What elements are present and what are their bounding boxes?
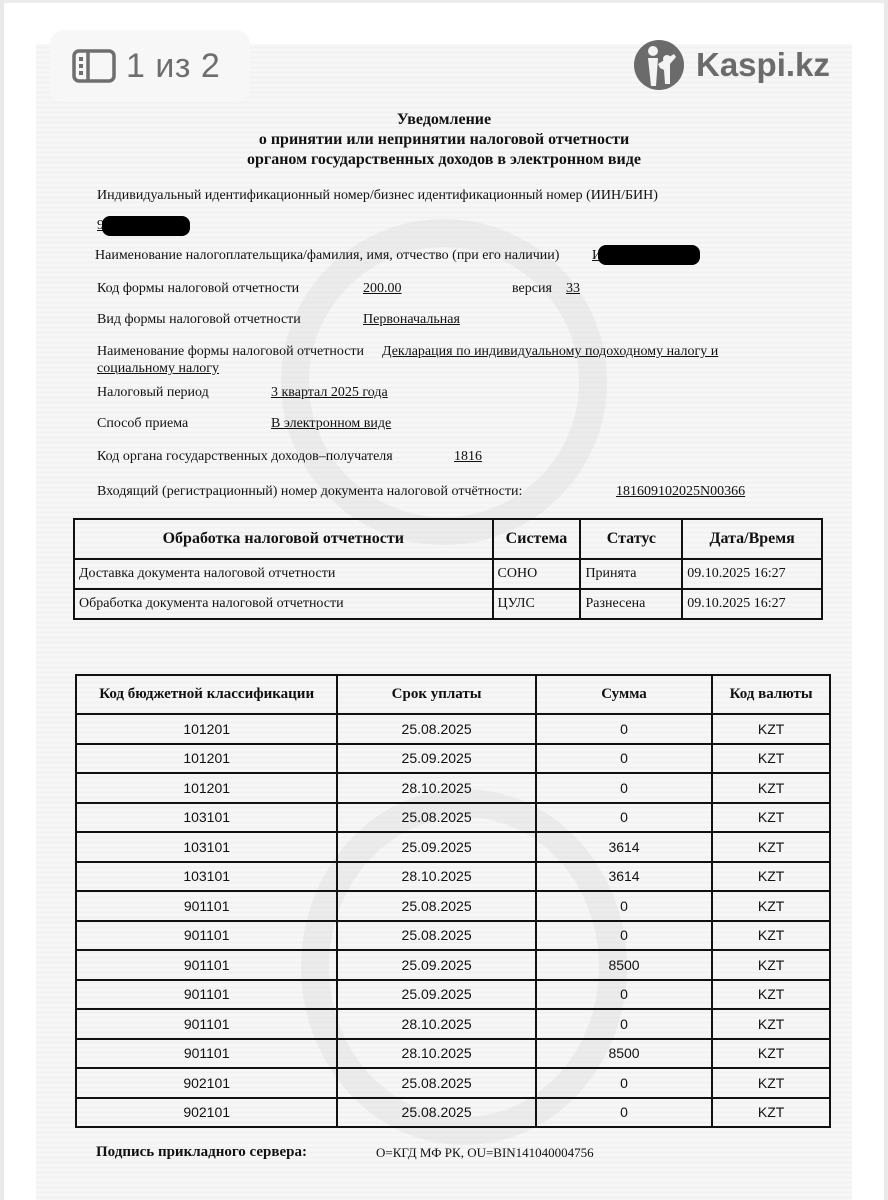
brand: Kaspi.kz	[634, 40, 830, 90]
table-cell: 0	[536, 921, 712, 951]
method-label: Способ приема	[97, 416, 188, 432]
payments-table: Код бюджетной классификации Срок уплаты …	[75, 674, 831, 1128]
table-cell: Доставка документа налоговой отчетности	[74, 559, 493, 589]
column-header: Код валюты	[712, 675, 830, 714]
table-cell: 25.09.2025	[337, 832, 535, 862]
table-cell: 101201	[76, 773, 337, 803]
authority-label: Код органа государственных доходов–получ…	[97, 449, 393, 465]
table-cell: Принята	[580, 559, 682, 589]
table-cell: 25.08.2025	[337, 1068, 535, 1098]
column-header: Сумма	[536, 675, 712, 714]
table-cell: 25.08.2025	[337, 1098, 535, 1128]
table-row: 90110125.08.20250KZT	[76, 921, 830, 951]
table-cell: Разнесена	[580, 589, 682, 619]
table-cell: KZT	[712, 773, 830, 803]
table-cell: KZT	[712, 832, 830, 862]
table-cell: 3614	[536, 862, 712, 892]
table-row: 10310125.09.20253614KZT	[76, 832, 830, 862]
table-cell: 25.08.2025	[337, 803, 535, 833]
table-cell: 28.10.2025	[337, 1039, 535, 1069]
table-cell: KZT	[712, 714, 830, 744]
window-left-edge	[0, 0, 4, 1200]
table-cell: Обработка документа налоговой отчетности	[74, 589, 493, 619]
table-row: 90210125.08.20250KZT	[76, 1068, 830, 1098]
form-name-value-line1: Декларация по индивидуальному подоходном…	[382, 344, 718, 360]
table-cell: 25.08.2025	[337, 921, 535, 951]
authority-value: 1816	[454, 449, 482, 465]
table-cell: 25.08.2025	[337, 891, 535, 921]
table-cell: 09.10.2025 16:27	[682, 559, 822, 589]
title-line: о принятии или непринятии налоговой отче…	[0, 130, 888, 150]
form-name-value-line2: социальному налогу	[97, 361, 219, 377]
table-cell: 101201	[76, 744, 337, 774]
redaction-mark	[102, 216, 190, 236]
signature-label: Подпись прикладного сервера:	[96, 1144, 307, 1161]
table-cell: 103101	[76, 832, 337, 862]
table-cell: 901101	[76, 1039, 337, 1069]
table-cell: 0	[536, 1098, 712, 1128]
table-row: 10120125.08.20250KZT	[76, 714, 830, 744]
table-row: Обработка документа налоговой отчетности…	[74, 589, 822, 619]
reg-number-label: Входящий (регистрационный) номер докумен…	[97, 484, 522, 500]
table-row: 90210125.08.20250KZT	[76, 1098, 830, 1128]
table-cell: 902101	[76, 1098, 337, 1128]
table-row: 90110125.08.20250KZT	[76, 891, 830, 921]
table-row: 10120128.10.20250KZT	[76, 773, 830, 803]
form-type-value: Первоначальная	[363, 312, 460, 328]
table-cell: 0	[536, 744, 712, 774]
table-row: 90110128.10.20258500KZT	[76, 1039, 830, 1069]
taxpayer-label: Наименование налогоплательщика/фамилия, …	[95, 248, 559, 264]
page-counter-label: 1 из 2	[126, 47, 220, 86]
column-header: Система	[493, 519, 581, 559]
table-cell: KZT	[712, 1068, 830, 1098]
table-cell: 0	[536, 980, 712, 1010]
table-cell: 0	[536, 891, 712, 921]
table-cell: 103101	[76, 862, 337, 892]
table-cell: KZT	[712, 1039, 830, 1069]
table-cell: KZT	[712, 980, 830, 1010]
table-cell: 28.10.2025	[337, 1009, 535, 1039]
table-cell: 0	[536, 773, 712, 803]
table-cell: 901101	[76, 921, 337, 951]
table-cell: 902101	[76, 1068, 337, 1098]
table-cell: KZT	[712, 744, 830, 774]
period-label: Налоговый период	[97, 385, 209, 401]
form-name-label: Наименование формы налоговой отчетности	[97, 344, 364, 360]
column-header: Срок уплаты	[337, 675, 535, 714]
brand-name: Kaspi.kz	[696, 46, 830, 84]
signature-value: O=КГД МФ РК, OU=BIN141040004756	[376, 1145, 594, 1161]
window-right-edge	[884, 0, 888, 1200]
table-cell: KZT	[712, 950, 830, 980]
window-top-edge	[0, 0, 888, 3]
table-cell: 0	[536, 803, 712, 833]
table-cell: 0	[536, 1009, 712, 1039]
table-cell: СОНО	[493, 559, 581, 589]
table-cell: KZT	[712, 891, 830, 921]
table-cell: 28.10.2025	[337, 862, 535, 892]
table-header-row: Обработка налоговой отчетности Система С…	[74, 519, 822, 559]
table-cell: 25.09.2025	[337, 744, 535, 774]
table-cell: ЦУЛС	[493, 589, 581, 619]
title-line: Уведомление	[0, 110, 888, 130]
version-value: 33	[566, 281, 580, 297]
table-row: 10310125.08.20250KZT	[76, 803, 830, 833]
table-row: 10120125.09.20250KZT	[76, 744, 830, 774]
table-row: 90110125.09.20258500KZT	[76, 950, 830, 980]
table-cell: 3614	[536, 832, 712, 862]
form-code-value: 200.00	[363, 281, 402, 297]
table-cell: 103101	[76, 803, 337, 833]
table-cell: KZT	[712, 803, 830, 833]
page-counter-button[interactable]: 1 из 2	[50, 30, 250, 102]
table-row: 10310128.10.20253614KZT	[76, 862, 830, 892]
table-cell: 09.10.2025 16:27	[682, 589, 822, 619]
iin-label: Индивидуальный идентификационный номер/б…	[97, 188, 658, 204]
processing-table: Обработка налоговой отчетности Система С…	[73, 518, 823, 620]
table-cell: 25.09.2025	[337, 980, 535, 1010]
document-title: Уведомление о принятии или непринятии на…	[0, 110, 888, 170]
table-cell: 901101	[76, 950, 337, 980]
redaction-mark	[598, 245, 700, 265]
kaspi-logo-icon	[634, 40, 684, 90]
column-header: Статус	[580, 519, 682, 559]
table-cell: 901101	[76, 891, 337, 921]
sidebar-toggle-icon	[72, 49, 116, 83]
method-value: В электронном виде	[271, 416, 391, 432]
form-type-label: Вид формы налоговой отчетности	[97, 312, 301, 328]
table-cell: KZT	[712, 862, 830, 892]
table-cell: KZT	[712, 1098, 830, 1128]
table-cell: 8500	[536, 950, 712, 980]
form-code-label: Код формы налоговой отчетности	[97, 281, 299, 297]
table-row: Доставка документа налоговой отчетности …	[74, 559, 822, 589]
table-cell: 25.09.2025	[337, 950, 535, 980]
table-cell: KZT	[712, 1009, 830, 1039]
column-header: Дата/Время	[682, 519, 822, 559]
table-cell: 901101	[76, 980, 337, 1010]
table-row: 90110125.09.20250KZT	[76, 980, 830, 1010]
table-cell: 101201	[76, 714, 337, 744]
column-header: Обработка налоговой отчетности	[74, 519, 493, 559]
title-line: органом государственных доходов в электр…	[0, 150, 888, 170]
version-label: версия	[512, 281, 552, 297]
table-header-row: Код бюджетной классификации Срок уплаты …	[76, 675, 830, 714]
table-row: 90110128.10.20250KZT	[76, 1009, 830, 1039]
reg-number-value: 181609102025N00366	[616, 484, 745, 500]
column-header: Код бюджетной классификации	[76, 675, 337, 714]
table-cell: 8500	[536, 1039, 712, 1069]
table-cell: 25.08.2025	[337, 714, 535, 744]
table-cell: 0	[536, 714, 712, 744]
period-value: 3 квартал 2025 года	[271, 385, 388, 401]
table-cell: KZT	[712, 921, 830, 951]
table-cell: 0	[536, 1068, 712, 1098]
table-cell: 28.10.2025	[337, 773, 535, 803]
table-cell: 901101	[76, 1009, 337, 1039]
